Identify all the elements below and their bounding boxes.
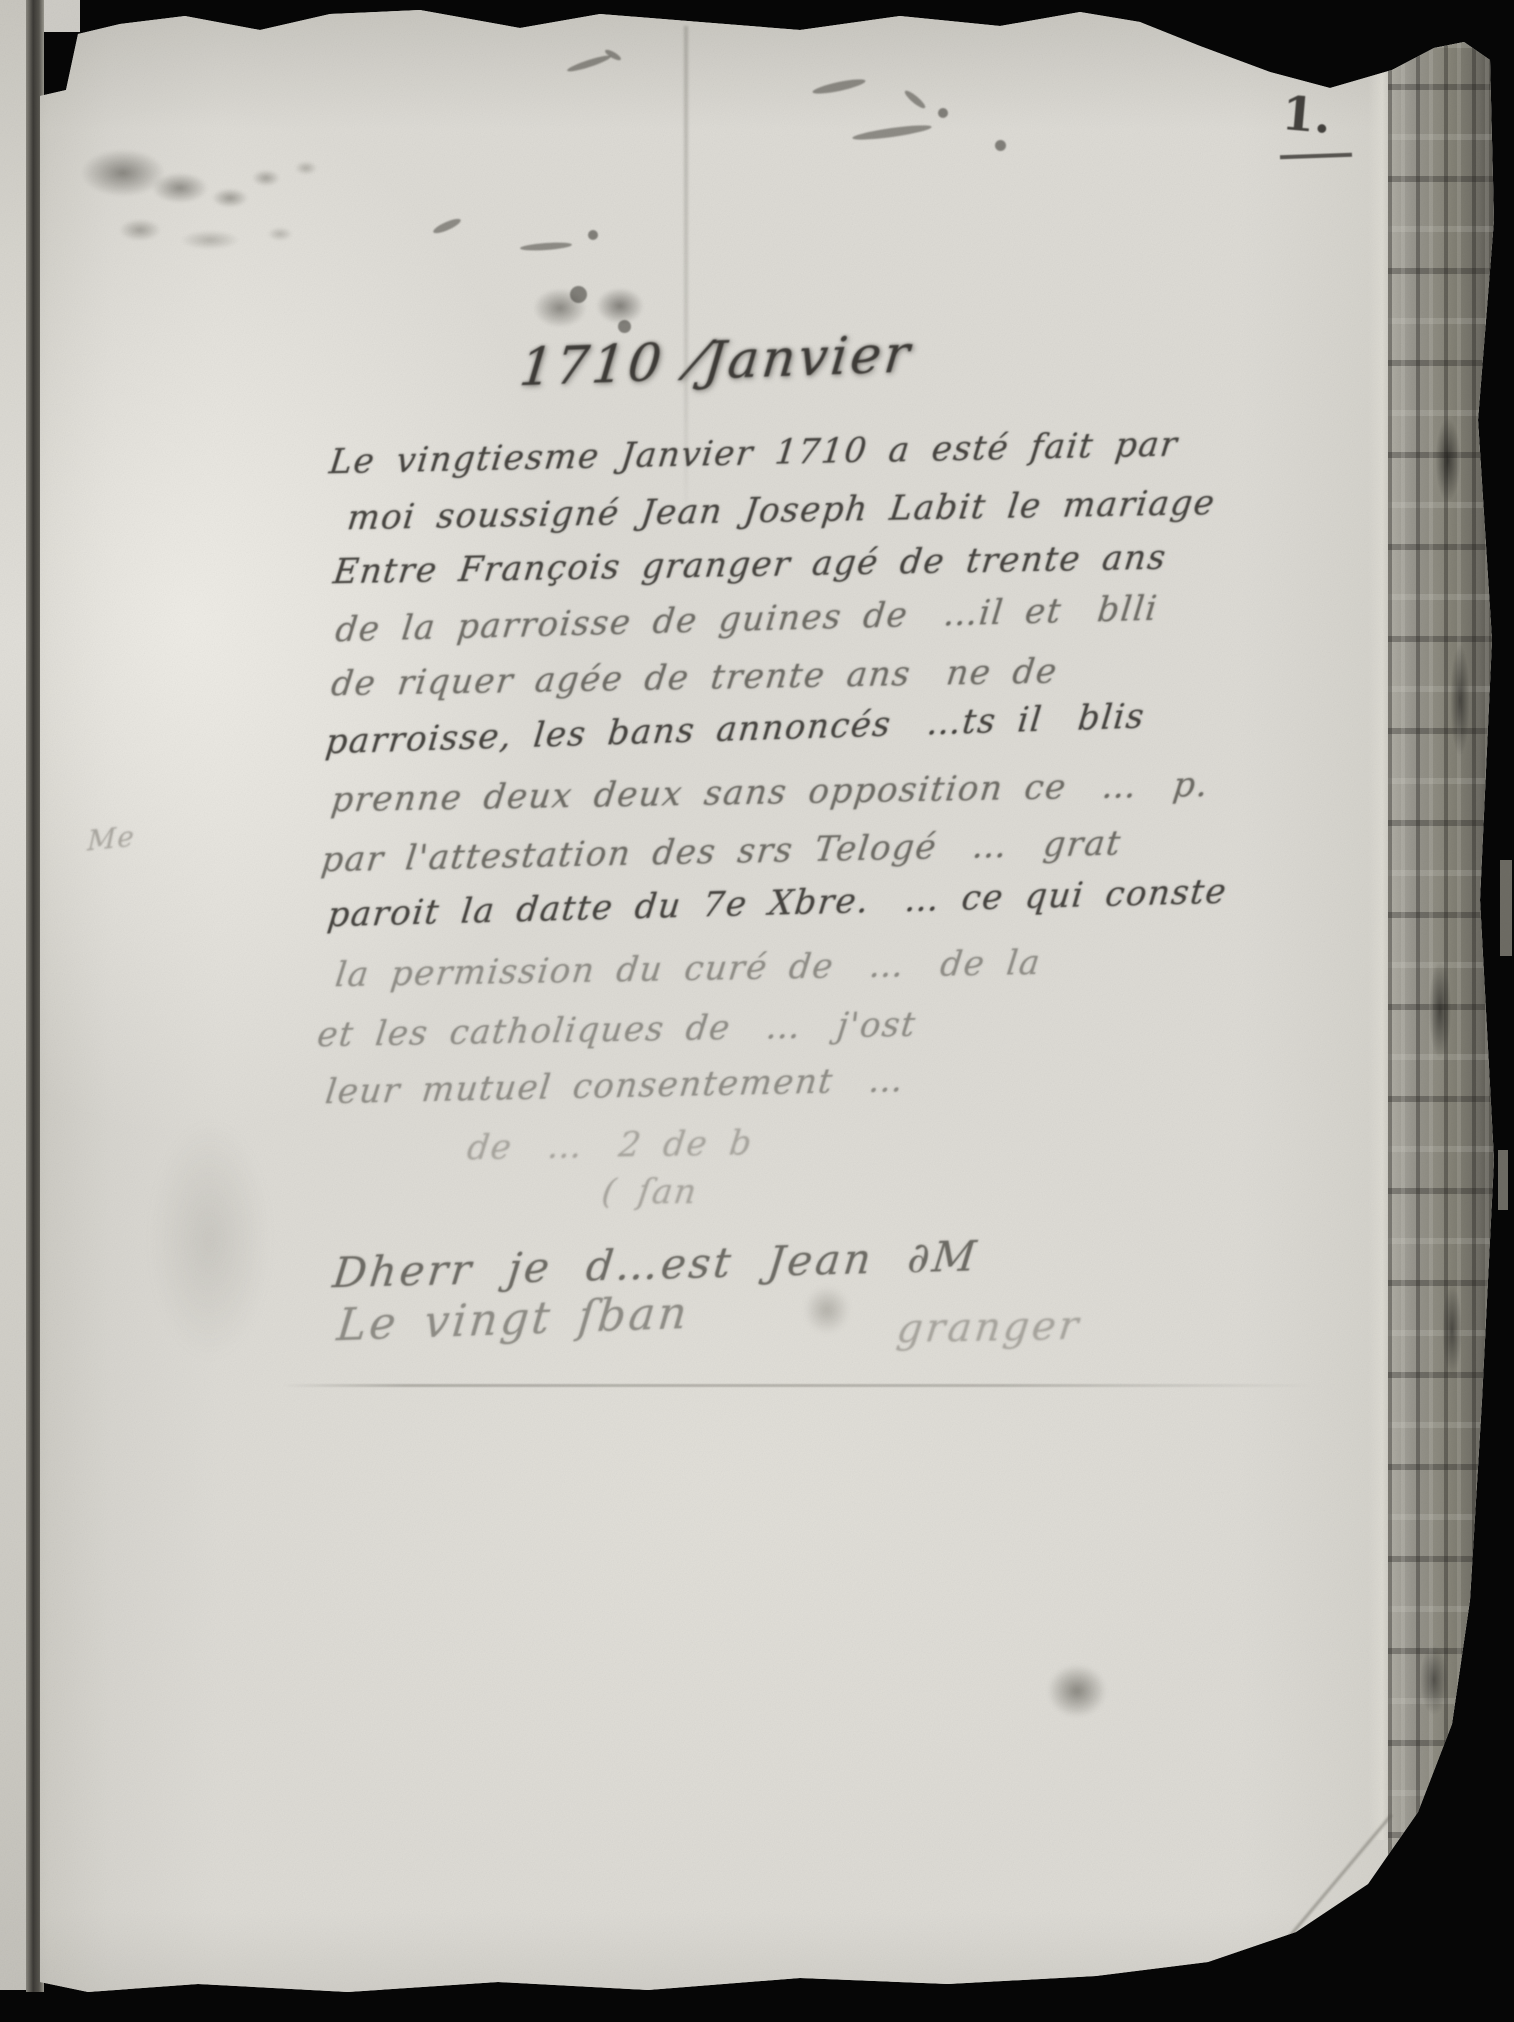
signature-line: Le vingt ſban xyxy=(335,1288,693,1352)
page-number: 1. xyxy=(1280,86,1334,145)
handwriting-line: Le vingtiesme Janvier 1710 a esté fait p… xyxy=(327,424,1180,482)
ink-dot xyxy=(570,286,587,303)
page-edge-sliver xyxy=(1500,860,1512,956)
ink-blot xyxy=(48,128,398,263)
ink-dot xyxy=(618,320,631,333)
handwriting-line: prenne deux deux sans opposition ce … p. xyxy=(329,765,1211,820)
handwriting-line: par l'attestation des srs Telogé … grat xyxy=(319,823,1124,880)
handwriting-line: ( ſan xyxy=(599,1172,700,1212)
ink-mark xyxy=(852,122,932,142)
signature-line: Dherr je d…est Jean ∂M xyxy=(330,1231,981,1297)
signature-line: granger xyxy=(894,1303,1083,1352)
handwriting-line: la permission du curé de … de la xyxy=(333,943,1043,995)
stain-mark xyxy=(150,1120,270,1360)
margin-note: Me xyxy=(87,819,136,857)
ink-mark xyxy=(812,76,867,96)
year-heading: 1710 ⁄Janvier xyxy=(517,324,916,398)
ink-dot xyxy=(995,140,1006,151)
corner-fold-crease xyxy=(1244,1814,1393,1991)
stain-mark xyxy=(804,1286,850,1334)
handwriting-line: paroit la datte du 7e Xbre. … ce qui con… xyxy=(325,871,1229,935)
handwriting-line: et les catholiques de … j'ost xyxy=(315,1005,919,1056)
handwriting-line: de … 2 de b xyxy=(465,1123,755,1168)
manuscript-page: 1. 1710 ⁄Janvier Me Le vingtiesme Janvie… xyxy=(0,0,1514,2022)
ink-dot xyxy=(588,230,598,240)
crease-line xyxy=(282,1384,1312,1387)
ink-mark xyxy=(432,216,463,236)
handwriting-line: de riquer agée de trente ans ne de xyxy=(329,651,1060,704)
crease-line xyxy=(684,26,688,526)
page-edge-sliver xyxy=(1498,1150,1508,1210)
stain-mark xyxy=(1048,1665,1106,1717)
handwriting-line: moi soussigné Jean Joseph Labit le maria… xyxy=(345,483,1218,538)
ink-mark xyxy=(520,241,572,252)
ink-dot xyxy=(938,108,948,118)
page-edges-texture xyxy=(1388,0,1500,2022)
handwriting-line: parroisse, les bans annoncés …ts il blis xyxy=(324,696,1148,762)
ink-mark xyxy=(566,53,612,74)
handwriting-line: leur mutuel consentement … xyxy=(323,1060,907,1112)
scanned-register-photo: 1. 1710 ⁄Janvier Me Le vingtiesme Janvie… xyxy=(0,0,1514,2022)
ink-mark xyxy=(903,88,927,110)
page-number-underline xyxy=(1280,153,1352,160)
handwriting-line: Entre François granger agé de trente ans xyxy=(331,537,1169,592)
handwriting-line: de la parroisse de guines de …il et blli xyxy=(333,588,1160,650)
